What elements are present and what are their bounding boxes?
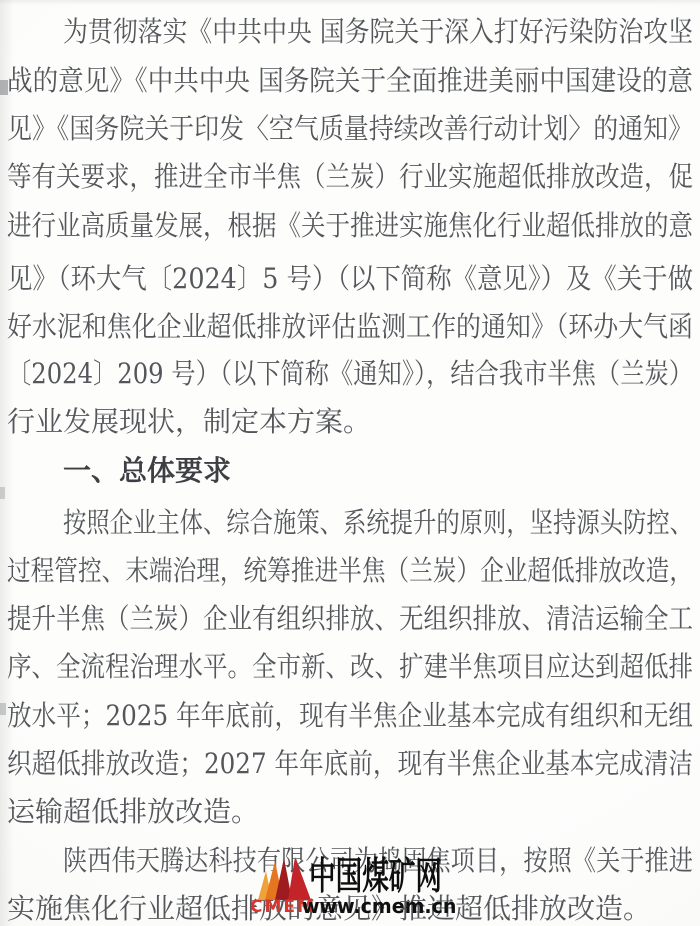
doc-line: 序、全流程治理水平。全市新、改、扩建半焦项目应达到超低排 [7,650,693,683]
doc-line: 见》（环大气〔2024〕5 号）（以下简称《意见》）及《关于做 [7,262,693,295]
scanned-document-page: 为贯彻落实《中共中央 国务院关于深入打好污染防治攻坚 战的意见》《中共中央 国务… [0,0,700,926]
section-heading: 一、总体要求 [63,454,231,487]
doc-line: 行业发展现状，制定本方案。 [7,405,371,438]
doc-line: 实施焦化行业超低排放的意见》推进超低排放改造。 [7,892,651,925]
doc-line: 等有关要求，推进全市半焦（兰炭）行业实施超低排放改造，促 [7,160,693,193]
document-text-block: 为贯彻落实《中共中央 国务院关于深入打好污染防治攻坚 战的意见》《中共中央 国务… [0,0,700,926]
doc-line: 按照企业主体、综合施策、系统提升的原则，坚持源头防控、 [63,506,693,539]
doc-line: 为贯彻落实《中共中央 国务院关于深入打好污染防治攻坚 [63,15,693,48]
doc-line: 陕西伟天腾达科技有限公司为捣固焦项目，按照《关于推进 [63,844,693,877]
doc-line: 织超低排放改造；2027 年年底前，现有半焦企业基本完成清洁 [7,747,693,780]
doc-line: 运输超低排放改造。 [7,795,259,828]
doc-line: 好水泥和焦化企业超低排放评估监测工作的通知》（环办大气函 [7,310,693,343]
doc-line: 〔2024〕209 号）（以下简称《通知》），结合我市半焦（兰炭） [7,357,693,390]
doc-line: 见》《国务院关于印发〈空气质量持续改善行动计划〉的通知》 [7,112,693,145]
doc-line: 进行业高质量发展，根据《关于推进实施焦化行业超低排放的意 [7,209,693,242]
doc-line: 提升半焦（兰炭）企业有组织排放、无组织排放、清洁运输全工 [7,602,693,635]
doc-line: 放水平；2025 年年底前，现有半焦企业基本完成有组织和无组 [7,699,693,732]
doc-line: 战的意见》《中共中央 国务院关于全面推进美丽中国建设的意 [7,64,693,97]
doc-line: 过程管控、末端治理，统筹推进半焦（兰炭）企业超低排放改造， [7,554,693,587]
